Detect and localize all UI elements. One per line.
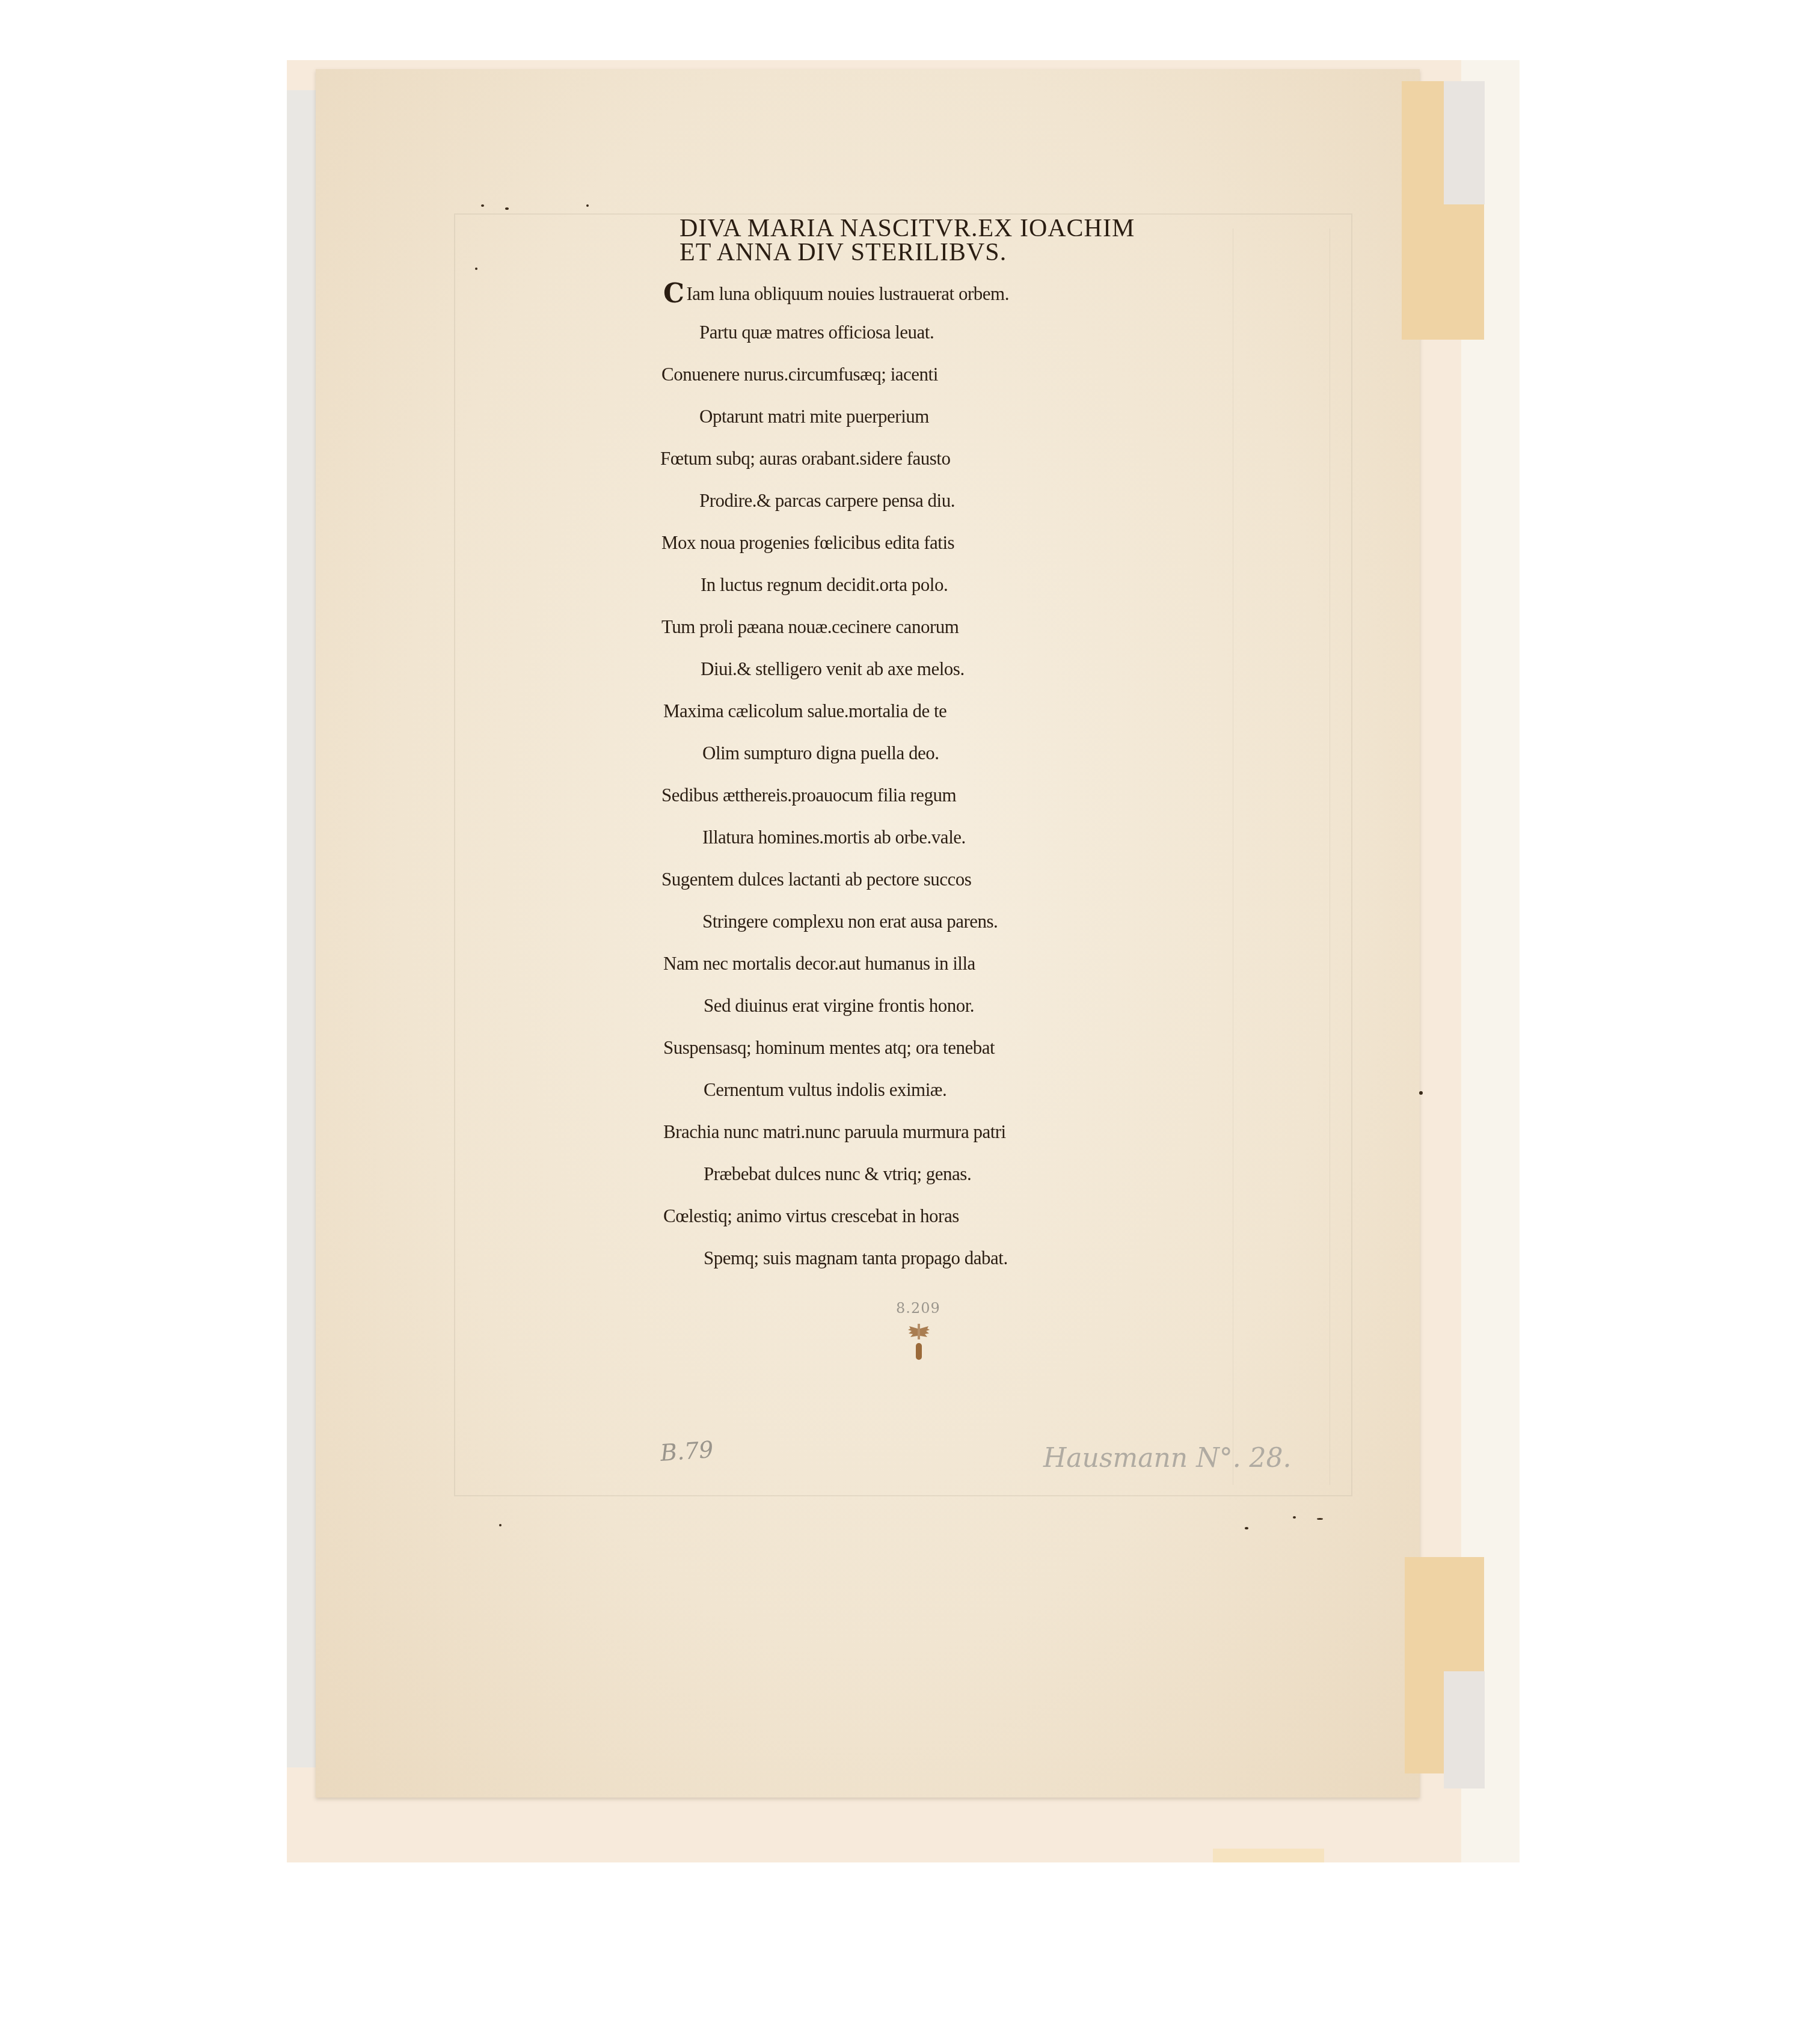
verse-line-6: Prodire.& parcas carpere pensa diu.: [699, 490, 955, 512]
verse-line-4: Optarunt matri mite puerperium: [699, 406, 929, 427]
foxing-speck: [1419, 1091, 1423, 1095]
foxing-speck: [505, 207, 509, 210]
foxing-speck: [1293, 1516, 1296, 1519]
verse-line-12: Olim sumpturo digna puella deo.: [702, 742, 939, 764]
poem-title: DIVA MARIA NASCITVR.EX IOACHIM ET ANNA D…: [680, 216, 1155, 265]
verse-line-1: CIam luna obliquum nouies lustrauerat or…: [663, 278, 1009, 309]
title-line-2: ET ANNA DIV STERILIBVS.: [680, 240, 1155, 265]
verse-line-2: Partu quæ matres officiosa leuat.: [699, 322, 934, 343]
verse-line-10: Diui.& stelligero venit ab axe melos.: [701, 658, 965, 680]
collector-stamp-icon: [907, 1323, 931, 1361]
hinge-tape-bottom-right-overlay: [1444, 1671, 1485, 1788]
verse-line-15: Sugentem dulces lactanti ab pectore succ…: [661, 869, 971, 890]
verse-line-22: Præbebat dulces nunc & vtriq; genas.: [704, 1163, 971, 1185]
inventory-number: 8.209: [896, 1300, 940, 1317]
verse-line-13: Sedibus ætthereis.proauocum filia regum: [661, 785, 956, 806]
verse-line-23: Cœlestiq; animo virtus crescebat in hora…: [663, 1205, 959, 1227]
poem-block: DIVA MARIA NASCITVR.EX IOACHIM ET ANNA D…: [661, 216, 1155, 265]
foxing-speck: [481, 204, 484, 207]
verse-line-8: In luctus regnum decidit.orta polo.: [701, 574, 948, 596]
verse-line-9: Tum proli pæana nouæ.cecinere canorum: [661, 616, 959, 638]
verse-line-5: Fœtum subq; auras orabant.sidere fausto: [660, 448, 950, 470]
verse-line-17: Nam nec mortalis decor.aut humanus in il…: [663, 953, 975, 975]
mount-backing-strip: [287, 90, 317, 1767]
verse-line-24: Spemq; suis magnam tanta propago dabat.: [704, 1247, 1008, 1269]
verse-line-16: Stringere complexu non erat ausa parens.: [702, 911, 998, 932]
foxing-speck: [1317, 1518, 1323, 1520]
foxing-speck: [1245, 1527, 1248, 1529]
verse-line-20: Cernentum vultus indolis eximiæ.: [704, 1079, 946, 1101]
hausmann-reference: Hausmann N°. 28.: [1043, 1443, 1292, 1473]
verse-line-3: Conuenere nurus.circumfusæq; iacenti: [661, 364, 938, 385]
title-line-1: DIVA MARIA NASCITVR.EX IOACHIM: [680, 216, 1155, 240]
foxing-speck: [499, 1524, 502, 1526]
verse-line-7: Mox noua progenies fœlicibus edita fatis: [661, 532, 954, 554]
verse-line-11: Maxima cælicolum salue.mortalia de te: [663, 700, 946, 722]
verse-line-19: Suspensasq; hominum mentes atq; ora tene…: [663, 1037, 995, 1059]
foxing-speck: [586, 204, 589, 207]
hinge-tape-bottom: [1213, 1849, 1324, 1862]
foxing-speck: [475, 268, 477, 270]
plate-mark-inner: [1233, 228, 1330, 1485]
bartsch-reference: B.79: [660, 1436, 714, 1466]
verse-line-18: Sed diuinus erat virgine frontis honor.: [704, 995, 974, 1017]
initial-capital: C: [663, 278, 684, 309]
verse-line-21: Brachia nunc matri.nunc paruula murmura …: [663, 1121, 1006, 1143]
hinge-tape-top-right-overlay: [1444, 81, 1485, 204]
verse-line-14: Illatura homines.mortis ab orbe.vale.: [702, 827, 966, 848]
